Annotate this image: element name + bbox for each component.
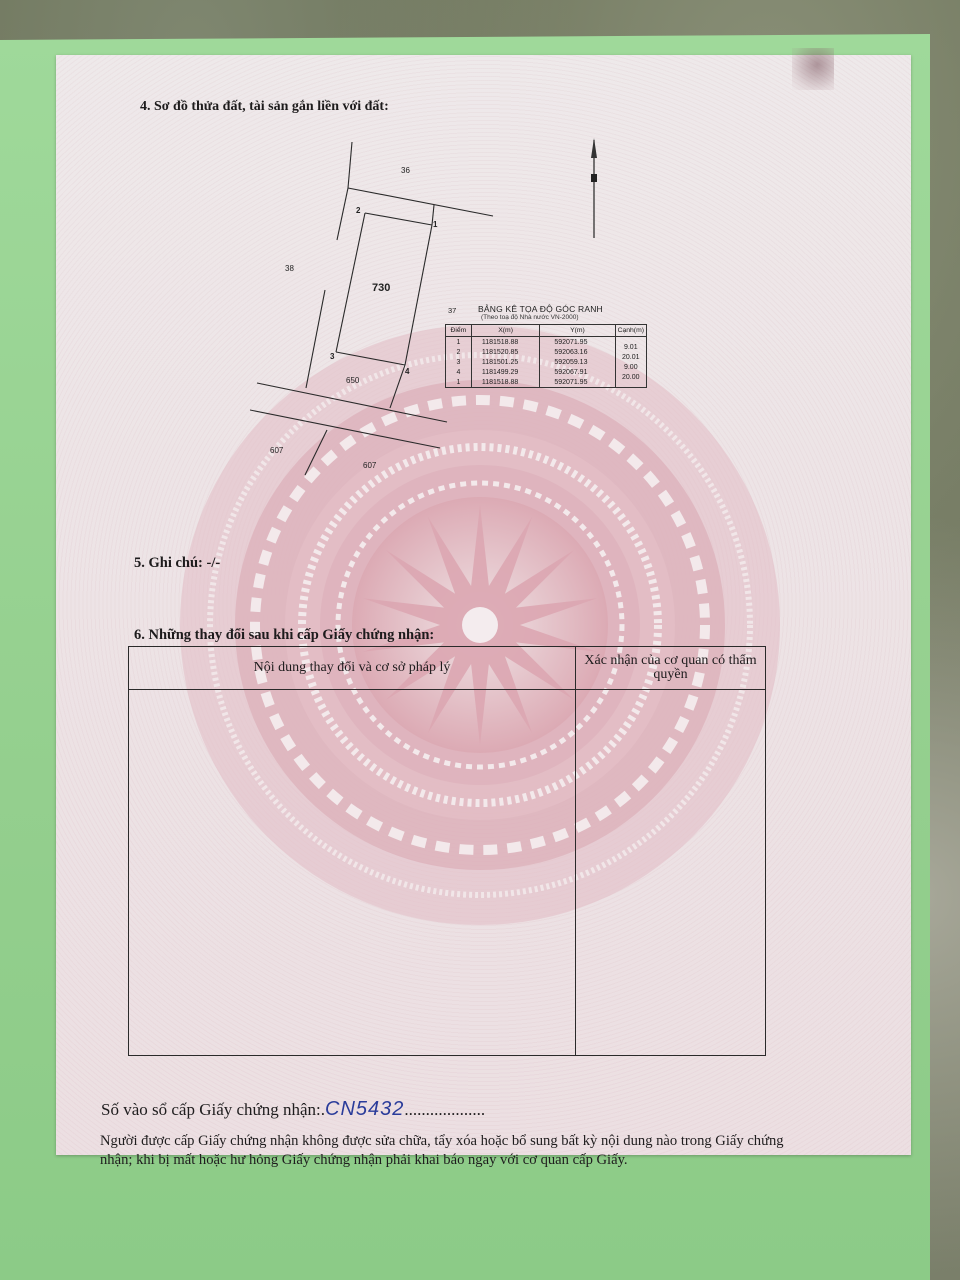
north-arrow-icon [591,138,597,238]
serial-label: Số vào sổ cấp Giấy chứng nhận: [101,1100,321,1119]
parcel-number: 730 [372,282,390,294]
neighbor-label-38: 38 [285,264,294,273]
vertex-label-1: 1 [433,220,437,229]
section-6-heading: 6. Những thay đổi sau khi cấp Giấy chứng… [134,627,434,644]
changes-column-divider [575,689,576,1055]
vertex-label-3: 3 [330,352,334,361]
coordinate-table-title: BẢNG KÊ TỌA ĐỘ GÓC RANH [478,304,603,314]
vertex-label-2: 2 [356,206,360,215]
coordinate-row: 41181499.29592067.9120.00 [446,367,647,377]
changes-table: Nội dung thay đổi và cơ sở pháp lý Xác n… [128,646,766,1056]
legal-notice: Người được cấp Giấy chứng nhận không đượ… [100,1132,810,1170]
col-x: X(m) [471,325,540,337]
coordinate-row: 11181518.88592071.95 [446,377,647,388]
neighbor-label-37: 37 [448,306,456,315]
serial-handwritten-value: CN5432 [325,1098,404,1120]
neighbor-label-607-left: 607 [270,446,283,455]
coordinate-table: Điểm X(m) Y(m) Cạnh(m) 11181518.88592071… [445,324,647,388]
coordinate-row: 21181520.85592063.1620.01 [446,347,647,357]
changes-col-content: Nội dung thay đổi và cơ sở pháp lý [129,647,576,690]
coordinate-row: 11181518.88592071.959.01 [446,337,647,348]
neighbor-label-607-right: 607 [363,461,376,470]
neighbor-label-36: 36 [401,166,410,175]
col-y: Y(m) [540,325,615,337]
col-edge: Cạnh(m) [615,325,646,337]
changes-col-confirmation: Xác nhận của cơ quan có thẩm quyền [576,647,765,690]
corner-stain [792,48,834,90]
coordinate-table-subtitle: (Theo toạ độ Nhà nước VN-2000) [481,314,579,321]
section-4-heading: 4. Sơ đồ thửa đất, tài sản gắn liền với … [140,99,389,115]
coordinate-row: 31181501.25592059.139.00 [446,357,647,367]
neighbor-label-650: 650 [346,376,359,385]
serial-number-line: Số vào sổ cấp Giấy chứng nhận:.CN5432...… [101,1098,485,1121]
section-5-heading: 5. Ghi chú: -/- [134,555,220,572]
col-point: Điểm [446,325,472,337]
vertex-label-4: 4 [405,367,409,376]
serial-dots-trailing: ................... [404,1100,485,1119]
